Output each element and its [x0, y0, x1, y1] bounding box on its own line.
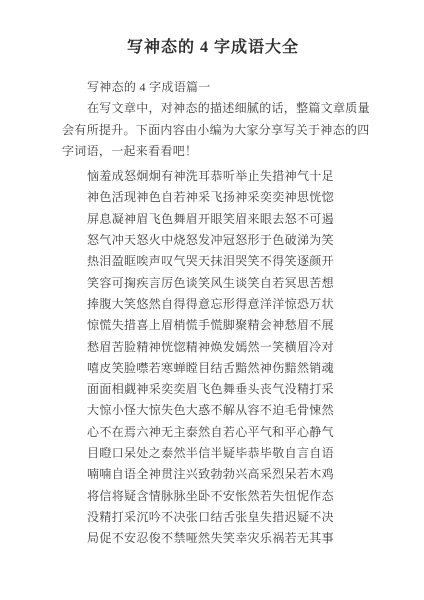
idiom-line: 嘻皮笑脸噤若寒蝉瞠目结舌黯然神伤黯然销魂 — [62, 358, 364, 379]
idiom-line: 局促不安忍俊不禁哑然失笑幸灾乐祸若无其事 — [62, 528, 364, 549]
idiom-line: 笑容可掬疾言厉色谈笑风生谈笑自若冥思苦想 — [62, 273, 364, 294]
intro-paragraph: 在写文章中，对神态的描述细腻的话，整篇文章质量会有所提升。下面内容由小编为大家分… — [62, 98, 364, 162]
document-page: 写神态的 4 字成语大全 写神态的 4 字成语篇一 在写文章中，对神态的描述细腻… — [0, 0, 424, 600]
idiom-line: 屏息凝神眉飞色舞眉开眼笑眉来眼去怒不可遏 — [62, 209, 364, 230]
idiom-line: 目瞪口呆处之泰然半信半疑毕恭毕敬自言自语 — [62, 443, 364, 464]
intro-line: 会有所提升。下面内容由小编为大家分享写关于神态的四 — [62, 120, 364, 141]
intro-line: 在写文章中，对神态的描述细腻的话，整篇文章质量 — [62, 98, 364, 119]
idiom-line: 恼羞成怒炯炯有神洗耳恭听举止失措神气十足 — [62, 166, 364, 187]
idiom-line: 惊慌失措喜上眉梢慌手慌脚聚精会神愁眉不展 — [62, 315, 364, 336]
idiom-line: 没精打采沉吟不决张口结舌张皇失措迟疑不决 — [62, 507, 364, 528]
idiom-line: 大惊小怪大惊失色大惑不解从容不迫毛骨悚然 — [62, 400, 364, 421]
idiom-list: 恼羞成怒炯炯有神洗耳恭听举止失措神气十足神色活现神色自若神采飞扬神采奕奕神思恍惚… — [62, 166, 364, 549]
idiom-line: 怒气冲天怒火中烧怒发冲冠怒形于色破涕为笑 — [62, 230, 364, 251]
page-title: 写神态的 4 字成语大全 — [62, 36, 364, 60]
idiom-line: 喃喃自语全神贯注兴致勃勃兴高采烈呆若木鸡 — [62, 464, 364, 485]
idiom-line: 愁眉苦脸精神恍惚精神焕发嫣然一笑横眉冷对 — [62, 337, 364, 358]
idiom-line: 热泪盈眶唉声叹气哭天抹泪哭笑不得笑逐颜开 — [62, 251, 364, 272]
intro-line: 字词语，一起来看看吧！ — [62, 141, 364, 162]
idiom-line: 神色活现神色自若神采飞扬神采奕奕神思恍惚 — [62, 187, 364, 208]
section-subtitle: 写神态的 4 字成语篇一 — [62, 77, 364, 98]
idiom-line: 心不在焉六神无主泰然自若心平气和平心静气 — [62, 422, 364, 443]
idiom-line: 面面相觑神采奕奕眉飞色舞垂头丧气没精打采 — [62, 379, 364, 400]
idiom-line: 捧腹大笑悠然自得得意忘形得意洋洋惊恐万状 — [62, 294, 364, 315]
idiom-line: 将信将疑含情脉脉坐卧不安怅然若失忸怩作态 — [62, 486, 364, 507]
